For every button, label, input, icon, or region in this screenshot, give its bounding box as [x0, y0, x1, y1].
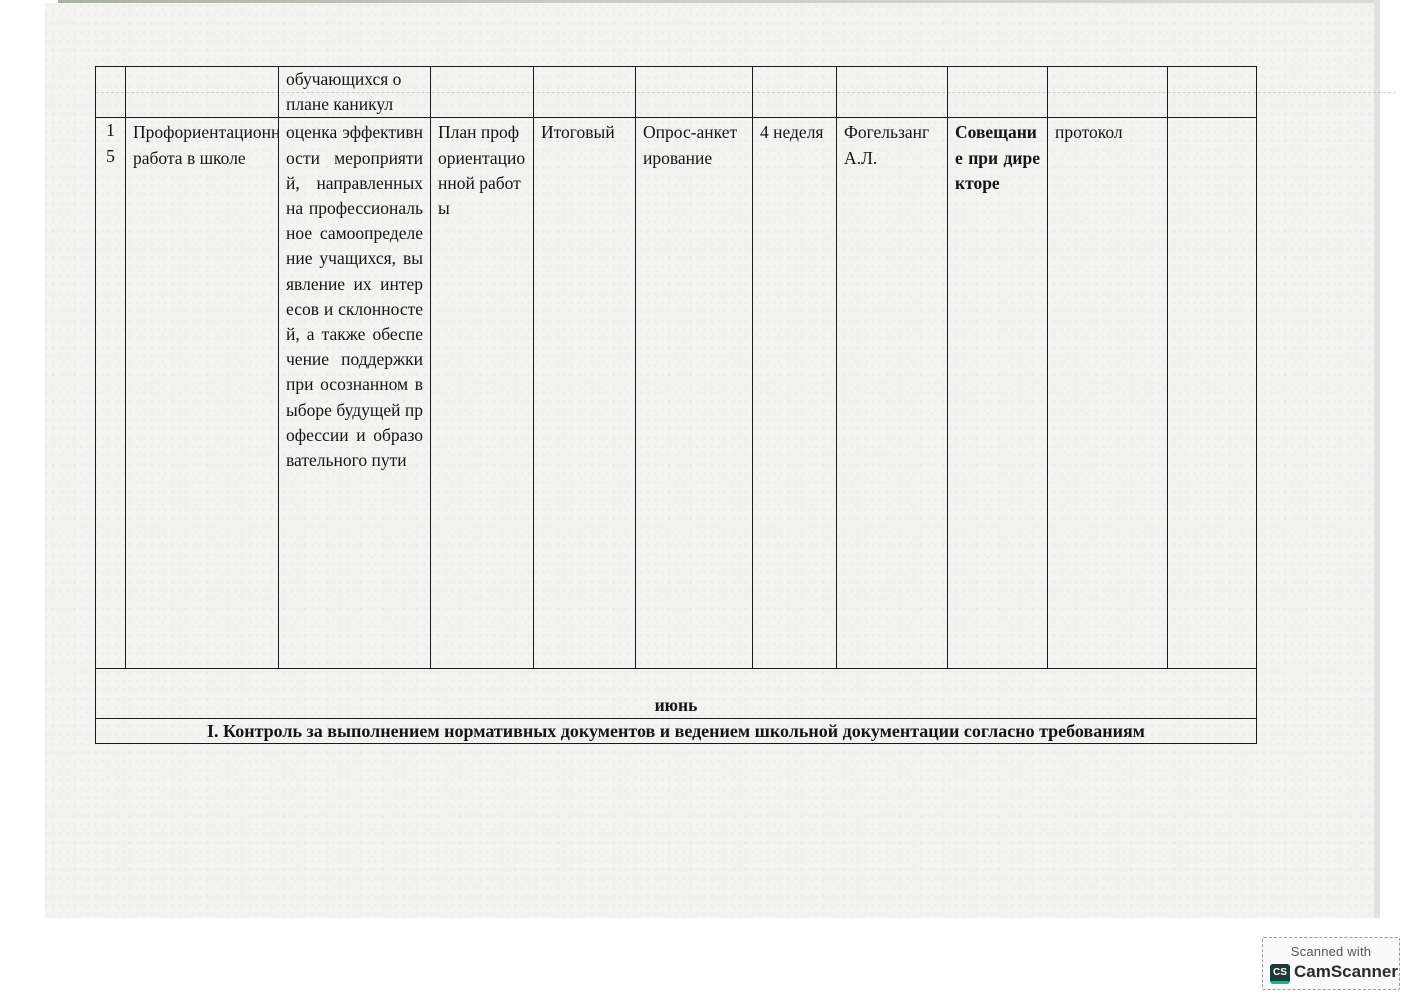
cell-content: оценка эффективности мероприятий, направ… — [279, 118, 431, 669]
month-label: июнь — [96, 669, 1257, 719]
watermark-caption: Scanned with — [1263, 944, 1399, 959]
cell-topic — [126, 67, 279, 118]
table-row: 1 5 Профориентационная работа в школе оц… — [96, 118, 1257, 669]
watermark-brand: CamScanner — [1294, 962, 1398, 982]
table-row: обучающихся о плане каникул — [96, 67, 1257, 118]
camscanner-watermark: Scanned with CS CamScanner — [1262, 937, 1400, 990]
cell-number: 1 5 — [96, 118, 126, 669]
section-title: I. Контроль за выполнением нормативных д… — [96, 719, 1257, 744]
cell-method — [636, 67, 753, 118]
cell-result-form: протокол — [1048, 118, 1168, 669]
cell-object: План профориентационной работы — [431, 118, 534, 669]
cell-method: Опрос-анкетирование — [636, 118, 753, 669]
cell-notes — [1168, 118, 1257, 669]
cell-object — [431, 67, 534, 118]
page-edge-shadow — [1374, 0, 1380, 918]
cell-notes — [1168, 67, 1257, 118]
month-row: июнь — [96, 669, 1257, 719]
cell-review-place — [948, 67, 1048, 118]
cell-review-place: Совещание при директоре — [948, 118, 1048, 669]
cell-responsible: Фогельзанг А.Л. — [837, 118, 948, 669]
cell-topic: Профориентационная работа в школе — [126, 118, 279, 669]
cell-responsible — [837, 67, 948, 118]
cell-control-type — [534, 67, 636, 118]
row-number: 1 5 — [105, 118, 117, 168]
cell-timing — [753, 67, 837, 118]
cell-number — [96, 67, 126, 118]
camscanner-logo-icon: CS — [1270, 964, 1290, 984]
control-plan-table: обучающихся о плане каникул 1 5 Профорие… — [95, 66, 1257, 744]
section-row: I. Контроль за выполнением нормативных д… — [96, 719, 1257, 744]
cell-control-type: Итоговый — [534, 118, 636, 669]
cell-content: обучающихся о плане каникул — [279, 67, 431, 118]
cell-result-form — [1048, 67, 1168, 118]
cell-timing: 4 неделя — [753, 118, 837, 669]
